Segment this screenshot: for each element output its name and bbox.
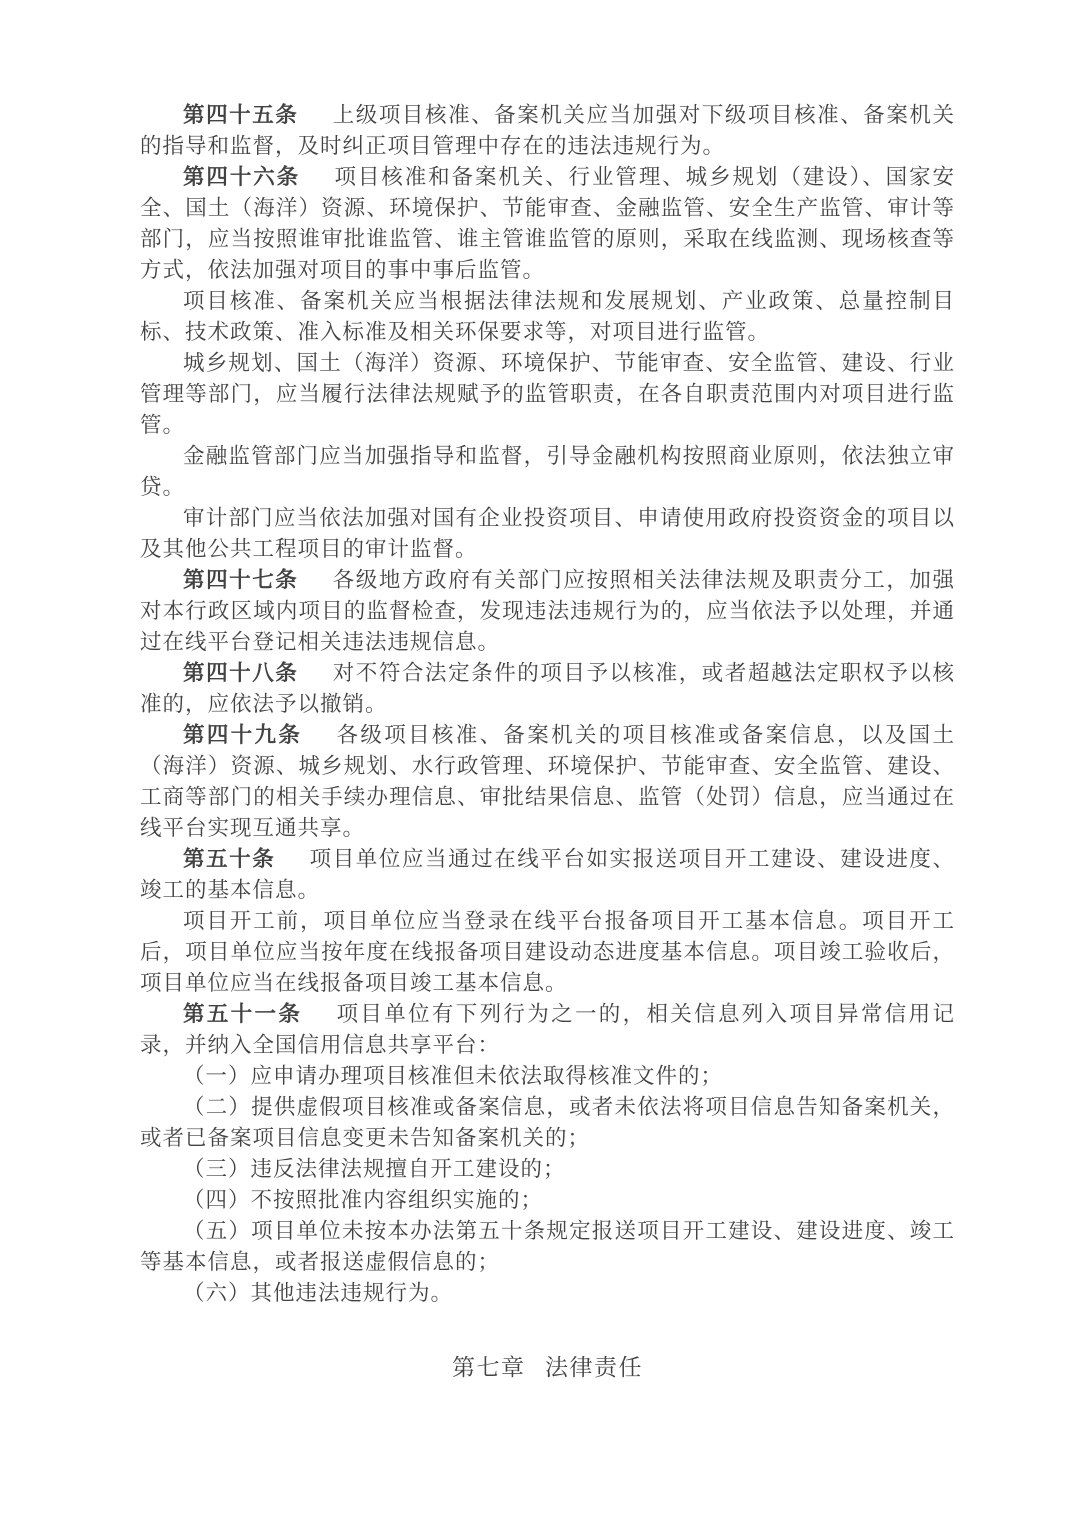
paragraph-text: 城乡规划、国土（海洋）资源、环境保护、节能审查、安全监管、建设、行业管理等部门，… [140, 351, 955, 438]
body-paragraph: 金融监管部门应当加强指导和监督，引导金融机构按照商业原则，依法独立审贷。 [140, 441, 955, 503]
article-number-label: 第五十条 [183, 847, 275, 872]
article-number-label: 第四十六条 [183, 165, 300, 190]
article-number-label: 第四十八条 [183, 661, 298, 686]
body-paragraph: 项目开工前，项目单位应当登录在线平台报备项目开工基本信息。项目开工后，项目单位应… [140, 906, 955, 999]
article-paragraph-47: 第四十七条各级地方政府有关部门应按照相关法律法规及职责分工，加强对本行政区域内项… [140, 565, 955, 658]
article-paragraph-51: 第五十一条项目单位有下列行为之一的，相关信息列入项目异常信用记录，并纳入全国信用… [140, 999, 955, 1061]
list-item-2: （二）提供虚假项目核准或备案信息，或者未依法将项目信息告知备案机关，或者已备案项… [140, 1092, 955, 1154]
paragraph-text: 项目开工前，项目单位应当登录在线平台报备项目开工基本信息。项目开工后，项目单位应… [140, 909, 955, 996]
article-paragraph-46: 第四十六条项目核准和备案机关、行业管理、城乡规划（建设）、国家安全、国土（海洋）… [140, 162, 955, 286]
body-paragraph: 项目核准、备案机关应当根据法律法规和发展规划、产业政策、总量控制目标、技术政策、… [140, 286, 955, 348]
paragraph-text: （六）其他违法违规行为。 [183, 1281, 453, 1306]
chapter-title: 法律责任 [545, 1355, 643, 1381]
article-paragraph-49: 第四十九条各级项目核准、备案机关的项目核准或备案信息，以及国土（海洋）资源、城乡… [140, 720, 955, 844]
list-item-1: （一）应申请办理项目核准但未依法取得核准文件的； [140, 1061, 955, 1092]
paragraph-text: （四）不按照批准内容组织实施的； [183, 1188, 543, 1213]
chapter-number: 第七章 [452, 1355, 526, 1381]
document-page: 第四十五条上级项目核准、备案机关应当加强对下级项目核准、备案机关的指导和监督，及… [0, 0, 1074, 1520]
list-item-3: （三）违反法律法规擅自开工建设的； [140, 1154, 955, 1185]
paragraph-text: （五）项目单位未按本办法第五十条规定报送项目开工建设、建设进度、竣工等基本信息，… [140, 1219, 955, 1275]
list-item-5: （五）项目单位未按本办法第五十条规定报送项目开工建设、建设进度、竣工等基本信息，… [140, 1216, 955, 1278]
list-item-4: （四）不按照批准内容组织实施的； [140, 1185, 955, 1216]
document-body: 第四十五条上级项目核准、备案机关应当加强对下级项目核准、备案机关的指导和监督，及… [140, 100, 955, 1309]
article-number-label: 第四十七条 [183, 568, 298, 593]
article-number-label: 第五十一条 [183, 1002, 302, 1027]
paragraph-text: （三）违反法律法规擅自开工建设的； [183, 1157, 566, 1182]
paragraph-text: 项目核准、备案机关应当根据法律法规和发展规划、产业政策、总量控制目标、技术政策、… [140, 289, 955, 345]
paragraph-text: 审计部门应当依法加强对国有企业投资项目、申请使用政府投资资金的项目以及其他公共工… [140, 506, 955, 562]
paragraph-text: 金融监管部门应当加强指导和监督，引导金融机构按照商业原则，依法独立审贷。 [140, 444, 955, 500]
body-paragraph: 城乡规划、国土（海洋）资源、环境保护、节能审查、安全监管、建设、行业管理等部门，… [140, 348, 955, 441]
paragraph-text: （一）应申请办理项目核准但未依法取得核准文件的； [183, 1064, 723, 1089]
list-item-6: （六）其他违法违规行为。 [140, 1278, 955, 1309]
body-paragraph: 审计部门应当依法加强对国有企业投资项目、申请使用政府投资资金的项目以及其他公共工… [140, 503, 955, 565]
chapter-heading: 第七章法律责任 [140, 1351, 955, 1385]
article-number-label: 第四十九条 [183, 723, 302, 748]
article-number-label: 第四十五条 [183, 103, 298, 128]
article-paragraph-50: 第五十条项目单位应当通过在线平台如实报送项目开工建设、建设进度、竣工的基本信息。 [140, 844, 955, 906]
article-paragraph-45: 第四十五条上级项目核准、备案机关应当加强对下级项目核准、备案机关的指导和监督，及… [140, 100, 955, 162]
paragraph-text: （二）提供虚假项目核准或备案信息，或者未依法将项目信息告知备案机关，或者已备案项… [140, 1095, 955, 1151]
article-paragraph-48: 第四十八条对不符合法定条件的项目予以核准，或者超越法定职权予以核准的，应依法予以… [140, 658, 955, 720]
